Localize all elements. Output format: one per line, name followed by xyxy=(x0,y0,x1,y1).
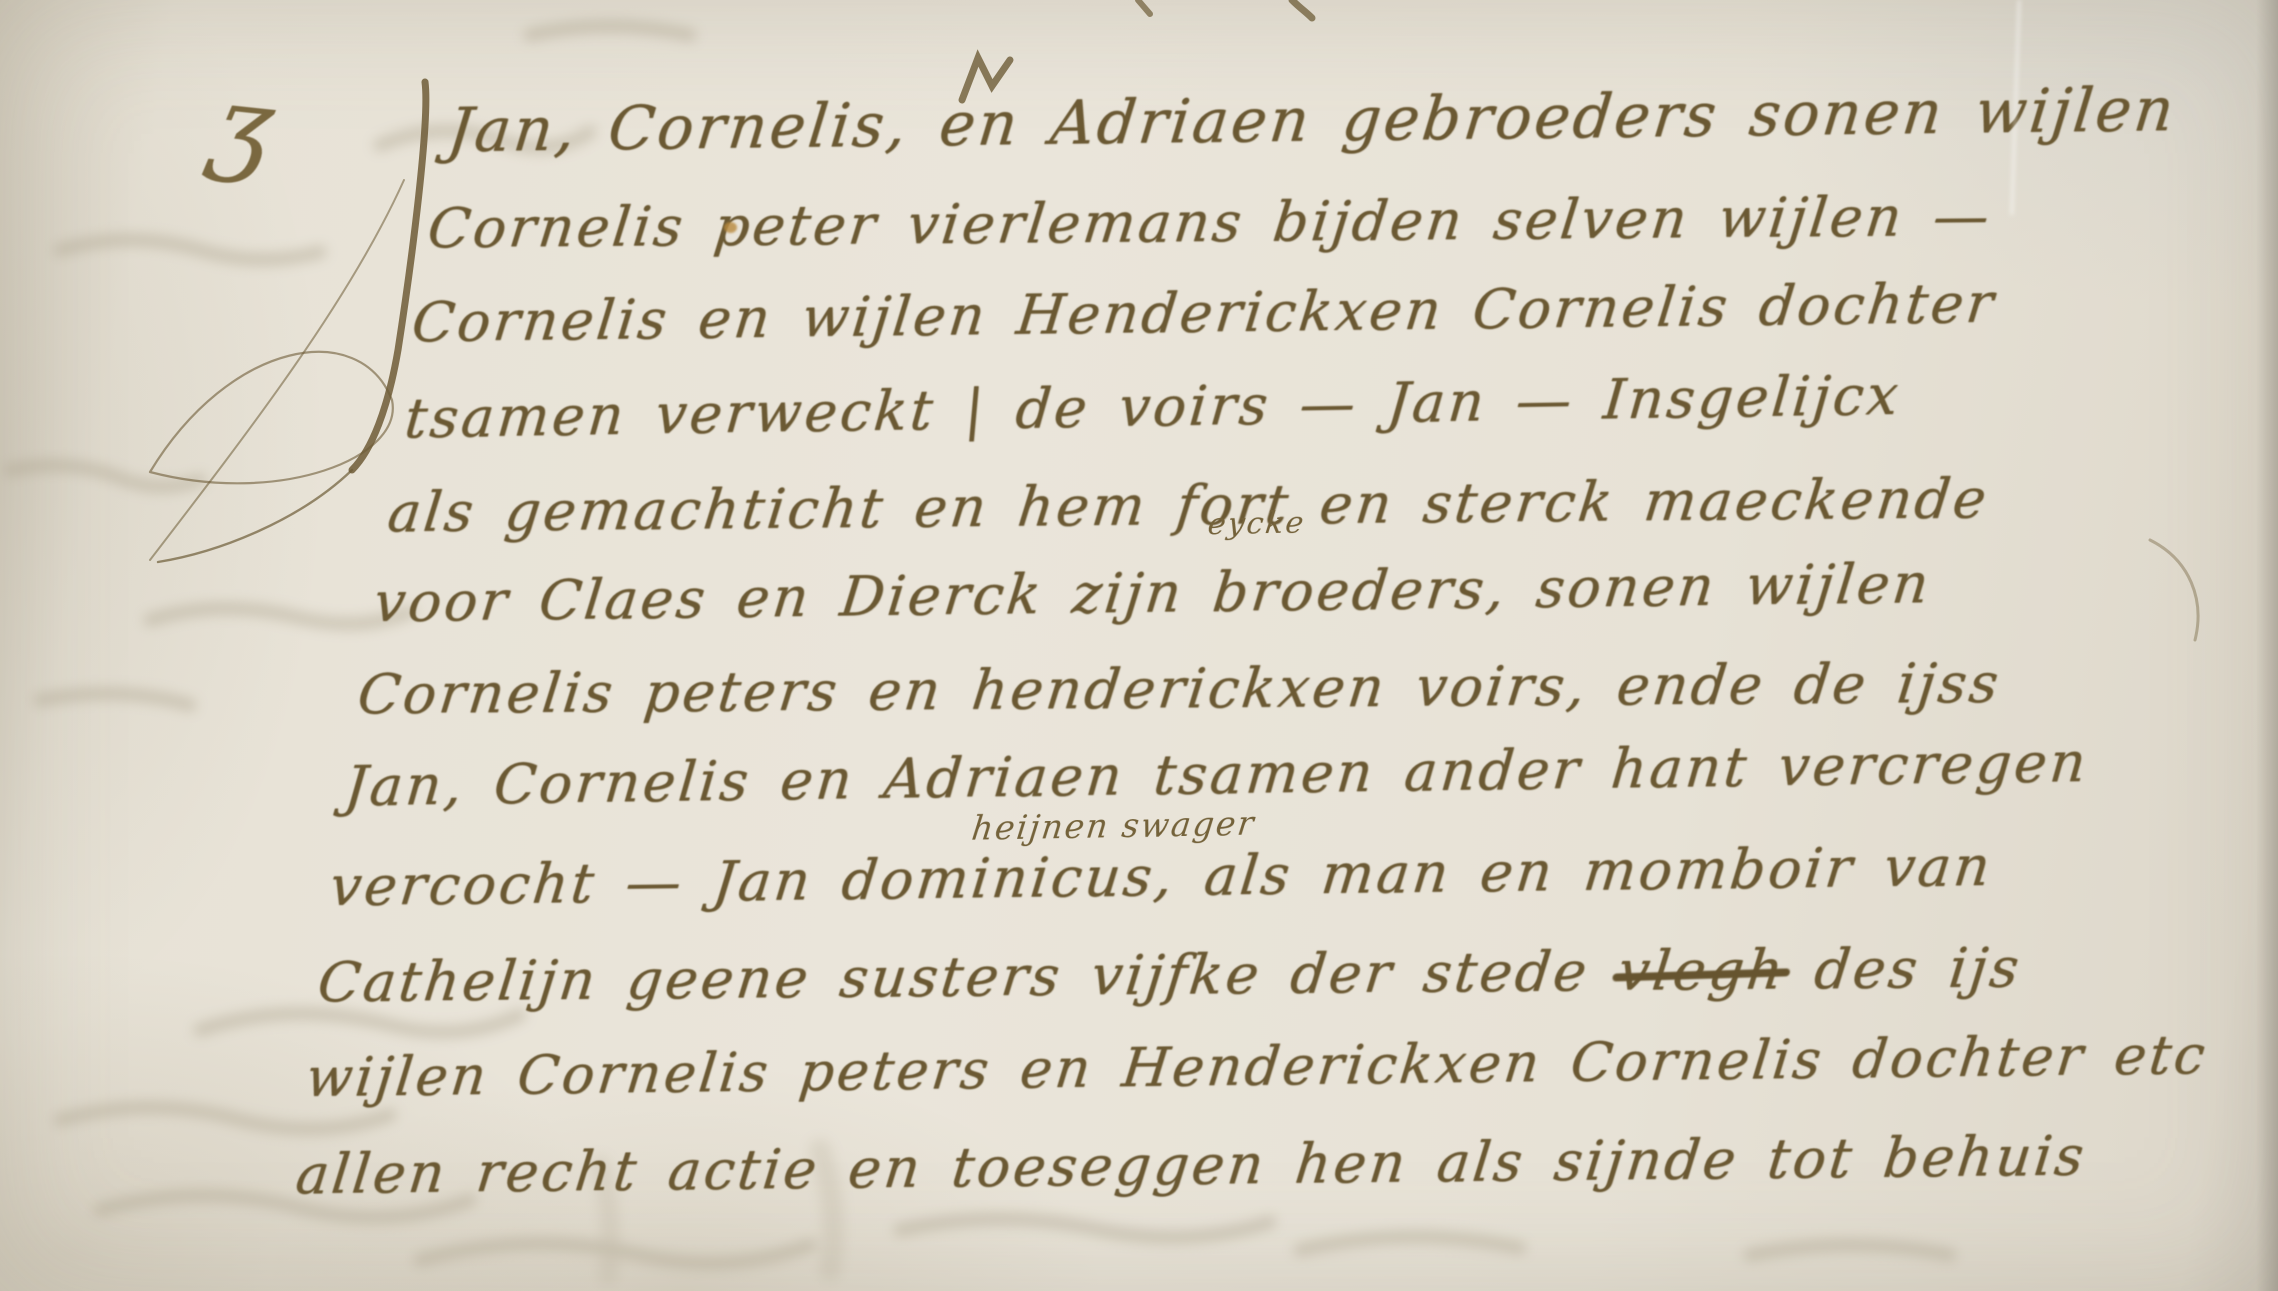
margin-mark: ʒ xyxy=(201,62,285,188)
manuscript-page: ʒ Jan, Cornelis, en Adriaen gebroeders s… xyxy=(0,0,2278,1291)
line-10-text-after: des ijs xyxy=(1782,935,2025,1001)
manuscript-line-4: tsamen verweckt | de voirs — Jan — Insge… xyxy=(402,363,1903,451)
manuscript-line-6: voor Claes en Dierck zijn broeders, sone… xyxy=(371,551,1935,634)
line-10-text: Cathelijn geene susters vijfke der stede xyxy=(315,939,1623,1014)
manuscript-line-5: als gemachticht en hem fort en sterck ma… xyxy=(385,466,1993,544)
manuscript-line-7: Cornelis peters en henderickxen voirs, e… xyxy=(355,651,2005,727)
interlinear-insertion-eycke: eycke xyxy=(1206,505,1308,542)
manuscript-line-10: Cathelijn geene susters vijfke der stede… xyxy=(315,935,2025,1014)
manuscript-line-2: Cornelis peter vierlemans bijden selven … xyxy=(425,184,1996,260)
manuscript-line-11: wijlen Cornelis peters en Henderickxen C… xyxy=(303,1023,2211,1109)
page-edge-shadow xyxy=(2256,0,2278,1291)
manuscript-line-3: Cornelis en wijlen Henderickxen Cornelis… xyxy=(409,271,2000,354)
ink-spot xyxy=(724,222,737,233)
struck-out-word: vlegh xyxy=(1615,937,1789,1003)
manuscript-line-12: allen recht actie en toeseggen hen als s… xyxy=(293,1123,2090,1206)
interlinear-insertion-swager: heijnen swager xyxy=(970,803,1258,847)
manuscript-line-9: vercocht — Jan dominicus, als man en mom… xyxy=(327,834,1996,918)
manuscript-line-1: Jan, Cornelis, en Adriaen gebroeders son… xyxy=(444,75,2180,166)
